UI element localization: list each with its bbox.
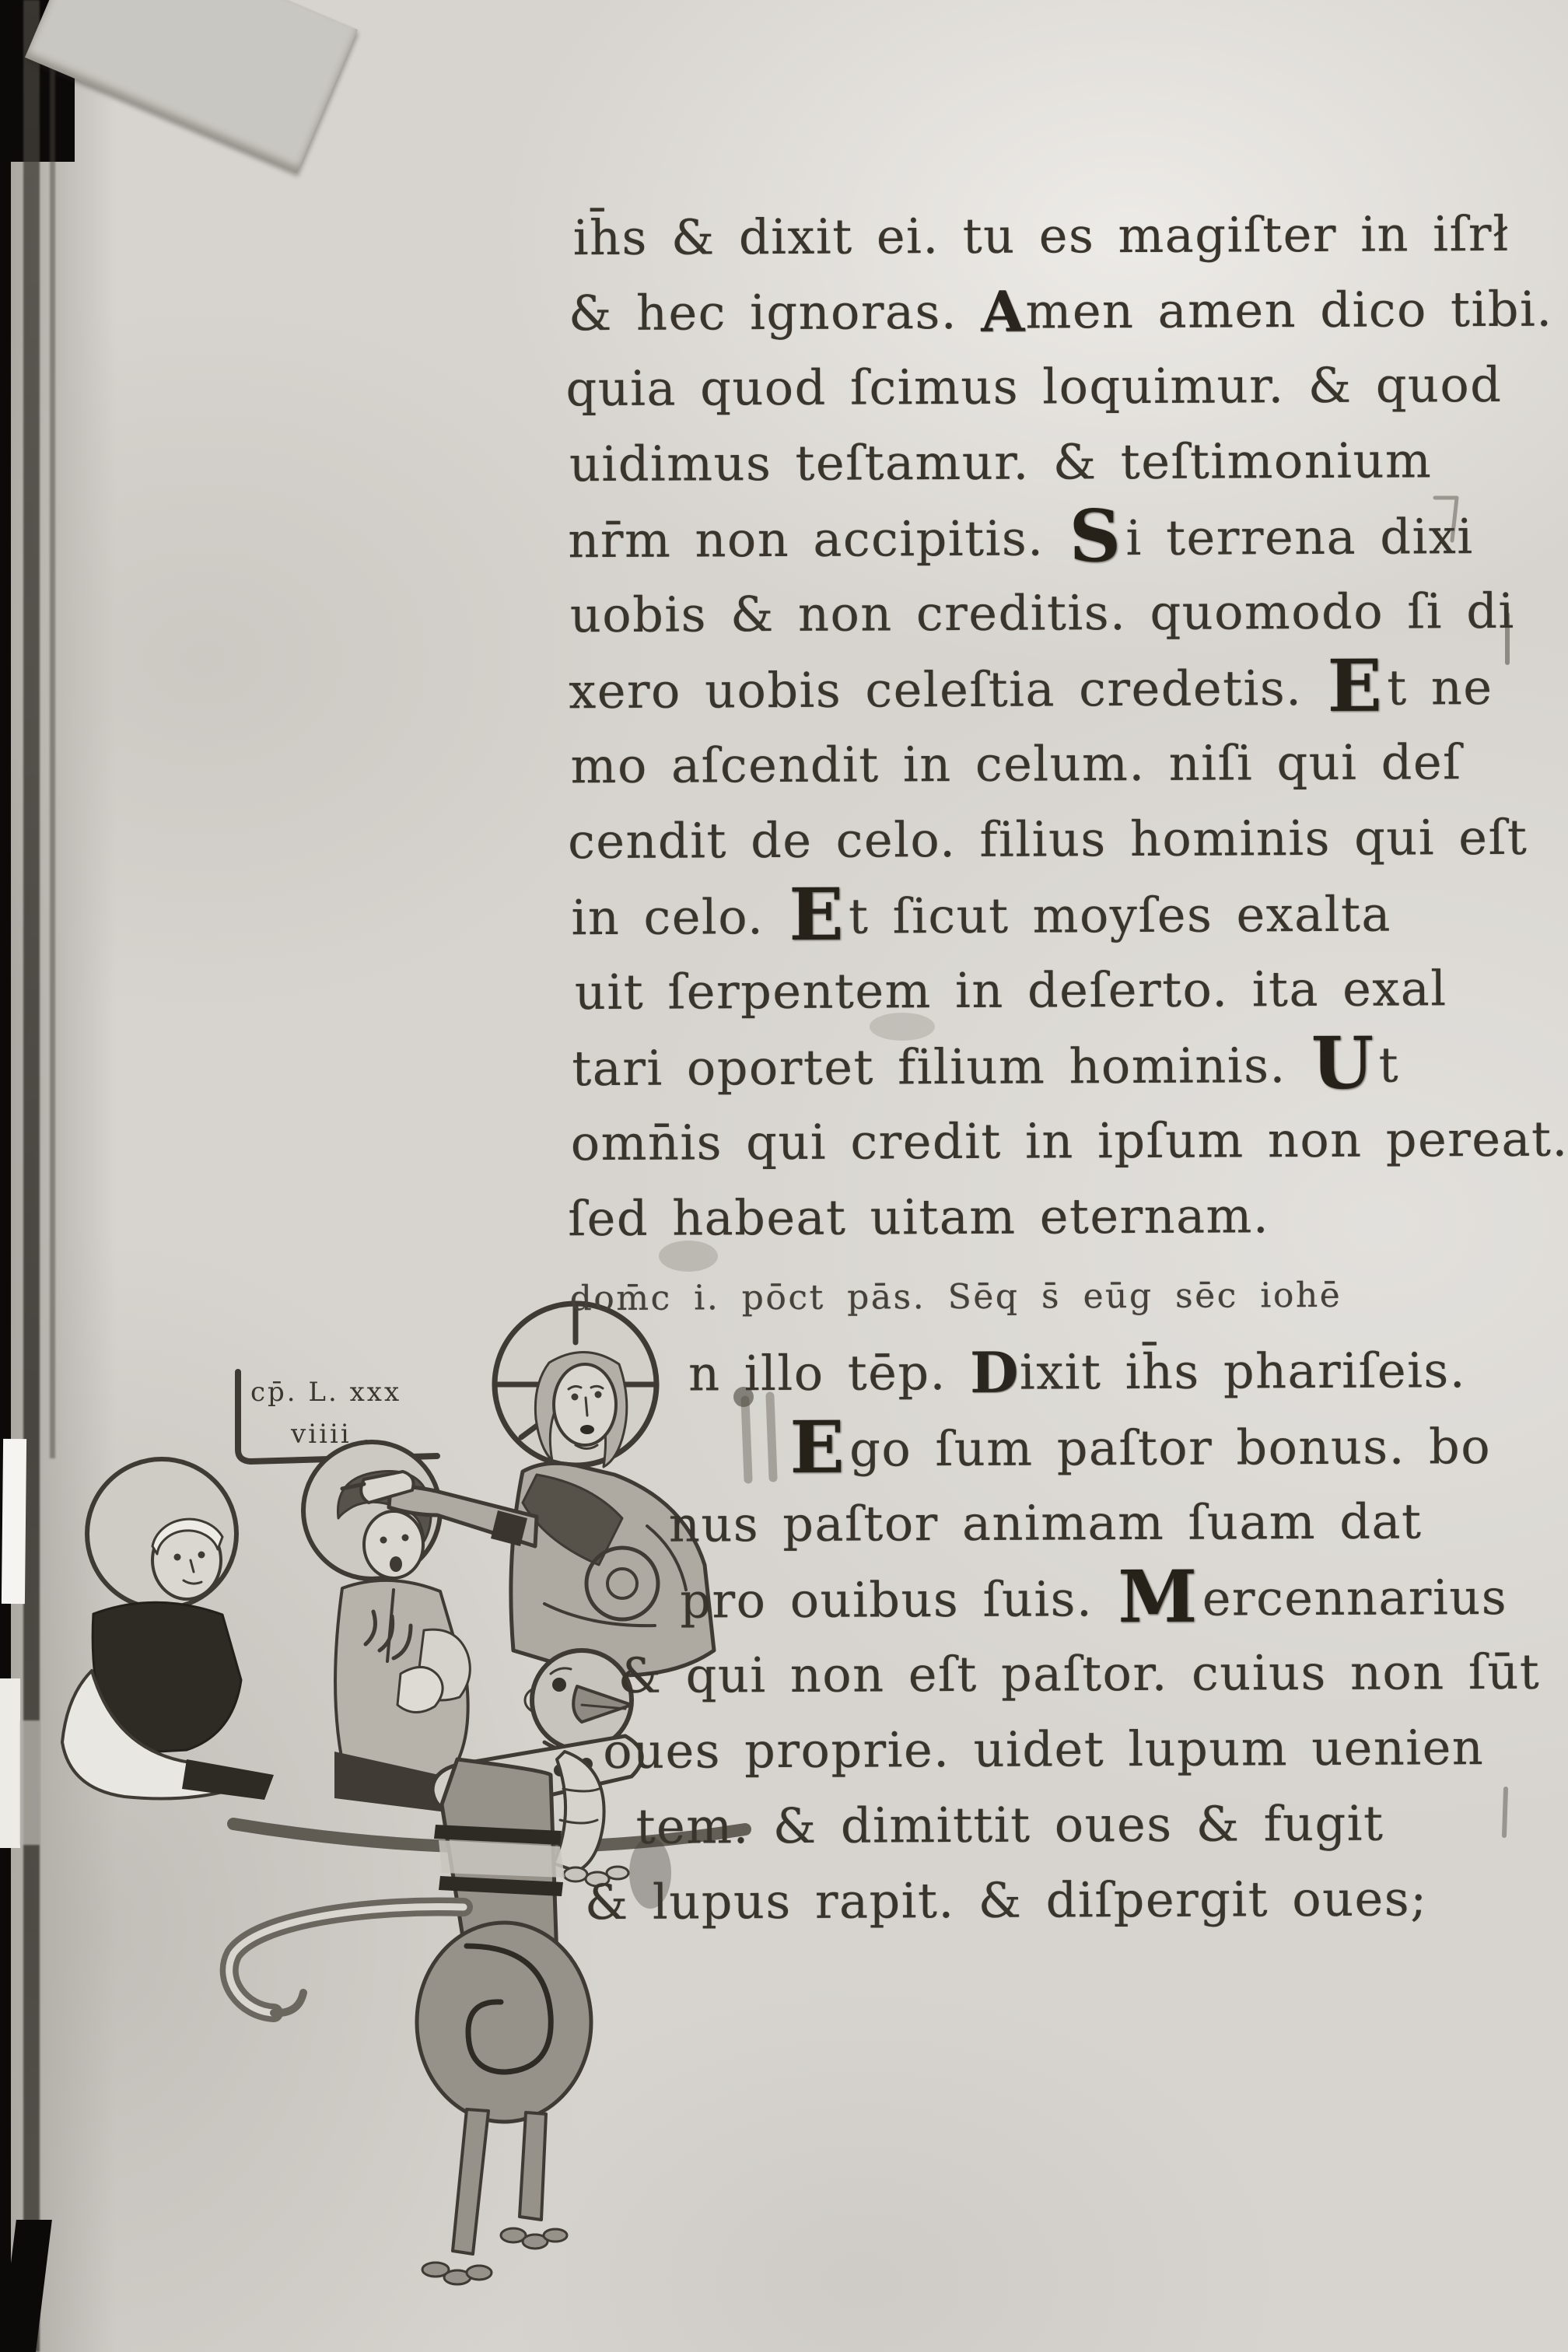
capital-letter: D xyxy=(970,1349,1020,1397)
text-line: xero uobis celeſtia credetis. Et ne xyxy=(569,661,1493,717)
text-segment: tari oportet filium hominis. xyxy=(572,1037,1310,1097)
text-segment: i terrena dixi xyxy=(1125,508,1473,566)
text-line: Ego ſum paſtor bonus. bo xyxy=(788,1420,1491,1475)
text-line: ſed habeat uitam eternam. xyxy=(568,1190,1269,1244)
text-segment: n illo tēp. xyxy=(688,1344,970,1402)
text-segment: uobis & non creditis. quomodo ſi di xyxy=(570,583,1515,643)
text-segment: tem. & dimittit oues & fugit xyxy=(635,1795,1384,1855)
text-line: & lupus rapit. & diſpergit oues; xyxy=(585,1873,1428,1928)
text-line: in celo. Et ſicut moyſes exalta xyxy=(571,888,1391,944)
rubric-line: dom̄c i. pōct pās. Sēq s̄ eūg sēc iohē xyxy=(570,1277,1342,1318)
chapter-note-line1: cp̄. L. xxx xyxy=(250,1377,401,1408)
decorated-initial: S xyxy=(1069,512,1122,560)
text-line: mo aſcendit in celum. niſi qui deſ xyxy=(571,737,1462,792)
text-segment: nus paſtor animam ſuam dat xyxy=(669,1493,1423,1552)
text-segment: pro ouibus ſuis. xyxy=(680,1570,1116,1629)
text-line: & qui non eſt paſtor. cuius non ſūt xyxy=(618,1647,1541,1702)
text-segment: go ſum paſtor bonus. bo xyxy=(849,1418,1491,1478)
text-segment: cendit de celo. filius hominis qui eſt xyxy=(568,809,1528,870)
chapter-note-line2: viiii . xyxy=(291,1419,401,1450)
text-segment: mo aſcendit in celum. niſi qui deſ xyxy=(571,733,1462,794)
text-segment: uit ſerpentem in deſerto. ita exal xyxy=(575,960,1447,1020)
text-line: ih̄s & dixit ei. tu es magiſter in iſrł xyxy=(573,208,1510,264)
text-block: ih̄s & dixit ei. tu es magiſter in iſrł&… xyxy=(0,0,1568,2352)
text-segment: men amen dico tibi. xyxy=(1025,281,1552,340)
text-segment: & lupus rapit. & diſpergit oues; xyxy=(585,1870,1428,1930)
decorated-initial: U xyxy=(1311,1039,1375,1087)
text-segment: t ſicut moyſes exalta xyxy=(849,886,1391,945)
text-segment: ih̄s & dixit ei. tu es magiſter in iſrł xyxy=(573,205,1510,266)
text-segment: ſed habeat uitam eternam. xyxy=(568,1187,1269,1247)
text-line: uobis & non creditis. quomodo ſi di xyxy=(570,586,1515,641)
text-line: quia quod ſcimus loquimur. & quod xyxy=(565,359,1502,415)
text-line: uit ſerpentem in deſerto. ita exal xyxy=(575,963,1447,1018)
text-segment: t xyxy=(1378,1037,1399,1094)
text-line: nus paſtor animam ſuam dat xyxy=(669,1496,1423,1550)
decorated-initial: E xyxy=(789,891,845,939)
text-segment: uidimus teſtamur. & teſtimonium xyxy=(569,432,1433,492)
manuscript-photo: ih̄s & dixit ei. tu es magiſter in iſrł&… xyxy=(0,0,1568,2352)
text-segment: nr̄m non accipitis. xyxy=(568,509,1068,569)
text-segment: & qui non eſt paſtor. cuius non ſūt xyxy=(618,1643,1541,1704)
text-segment: ercennarius xyxy=(1202,1569,1508,1627)
chapter-note: cp̄. L. xxx viiii . xyxy=(250,1377,401,1450)
text-segment: in celo. xyxy=(571,888,787,946)
text-segment: t ne xyxy=(1387,659,1493,716)
text-segment: quia quod ſcimus loquimur. & quod xyxy=(565,356,1502,417)
text-segment: dom̄c i. pōct pās. Sēq s̄ eūg sēc iohē xyxy=(570,1276,1342,1318)
text-segment: & hec ignoras. xyxy=(569,283,981,341)
text-line: tem. & dimittit oues & fugit xyxy=(636,1798,1384,1853)
text-line: n illo tēp. Dixit ih̄s phariſeis. xyxy=(688,1345,1466,1399)
text-segment: xero uobis celeſtia credetis. xyxy=(569,660,1326,719)
text-line: uidimus teſtamur. & teſtimonium xyxy=(569,435,1432,490)
text-line: nr̄m non accipitis. Si terrena dixi xyxy=(568,510,1473,566)
text-segment: oues proprie. uidet lupum uenien xyxy=(603,1719,1484,1780)
capital-letter: A xyxy=(981,288,1026,336)
text-line: oues proprie. uidet lupum uenien xyxy=(603,1722,1484,1777)
decorated-initial: E xyxy=(1327,662,1383,710)
text-line: pro ouibus ſuis. Mercennarius xyxy=(680,1571,1507,1627)
text-line: tari oportet filium hominis. Ut xyxy=(572,1039,1399,1095)
text-segment: omn̄is qui credit in ipſum non pereat. xyxy=(571,1111,1568,1172)
text-segment: ixit ih̄s phariſeis. xyxy=(1020,1342,1466,1401)
text-line: cendit de celo. filius hominis qui eſt xyxy=(568,812,1528,867)
text-line: & hec ignoras. Amen amen dico tibi. xyxy=(569,284,1553,340)
decorated-initial: E xyxy=(789,1423,845,1472)
text-line: omn̄is qui credit in ipſum non pereat. xyxy=(571,1114,1568,1170)
decorated-initial: M xyxy=(1118,1573,1199,1621)
